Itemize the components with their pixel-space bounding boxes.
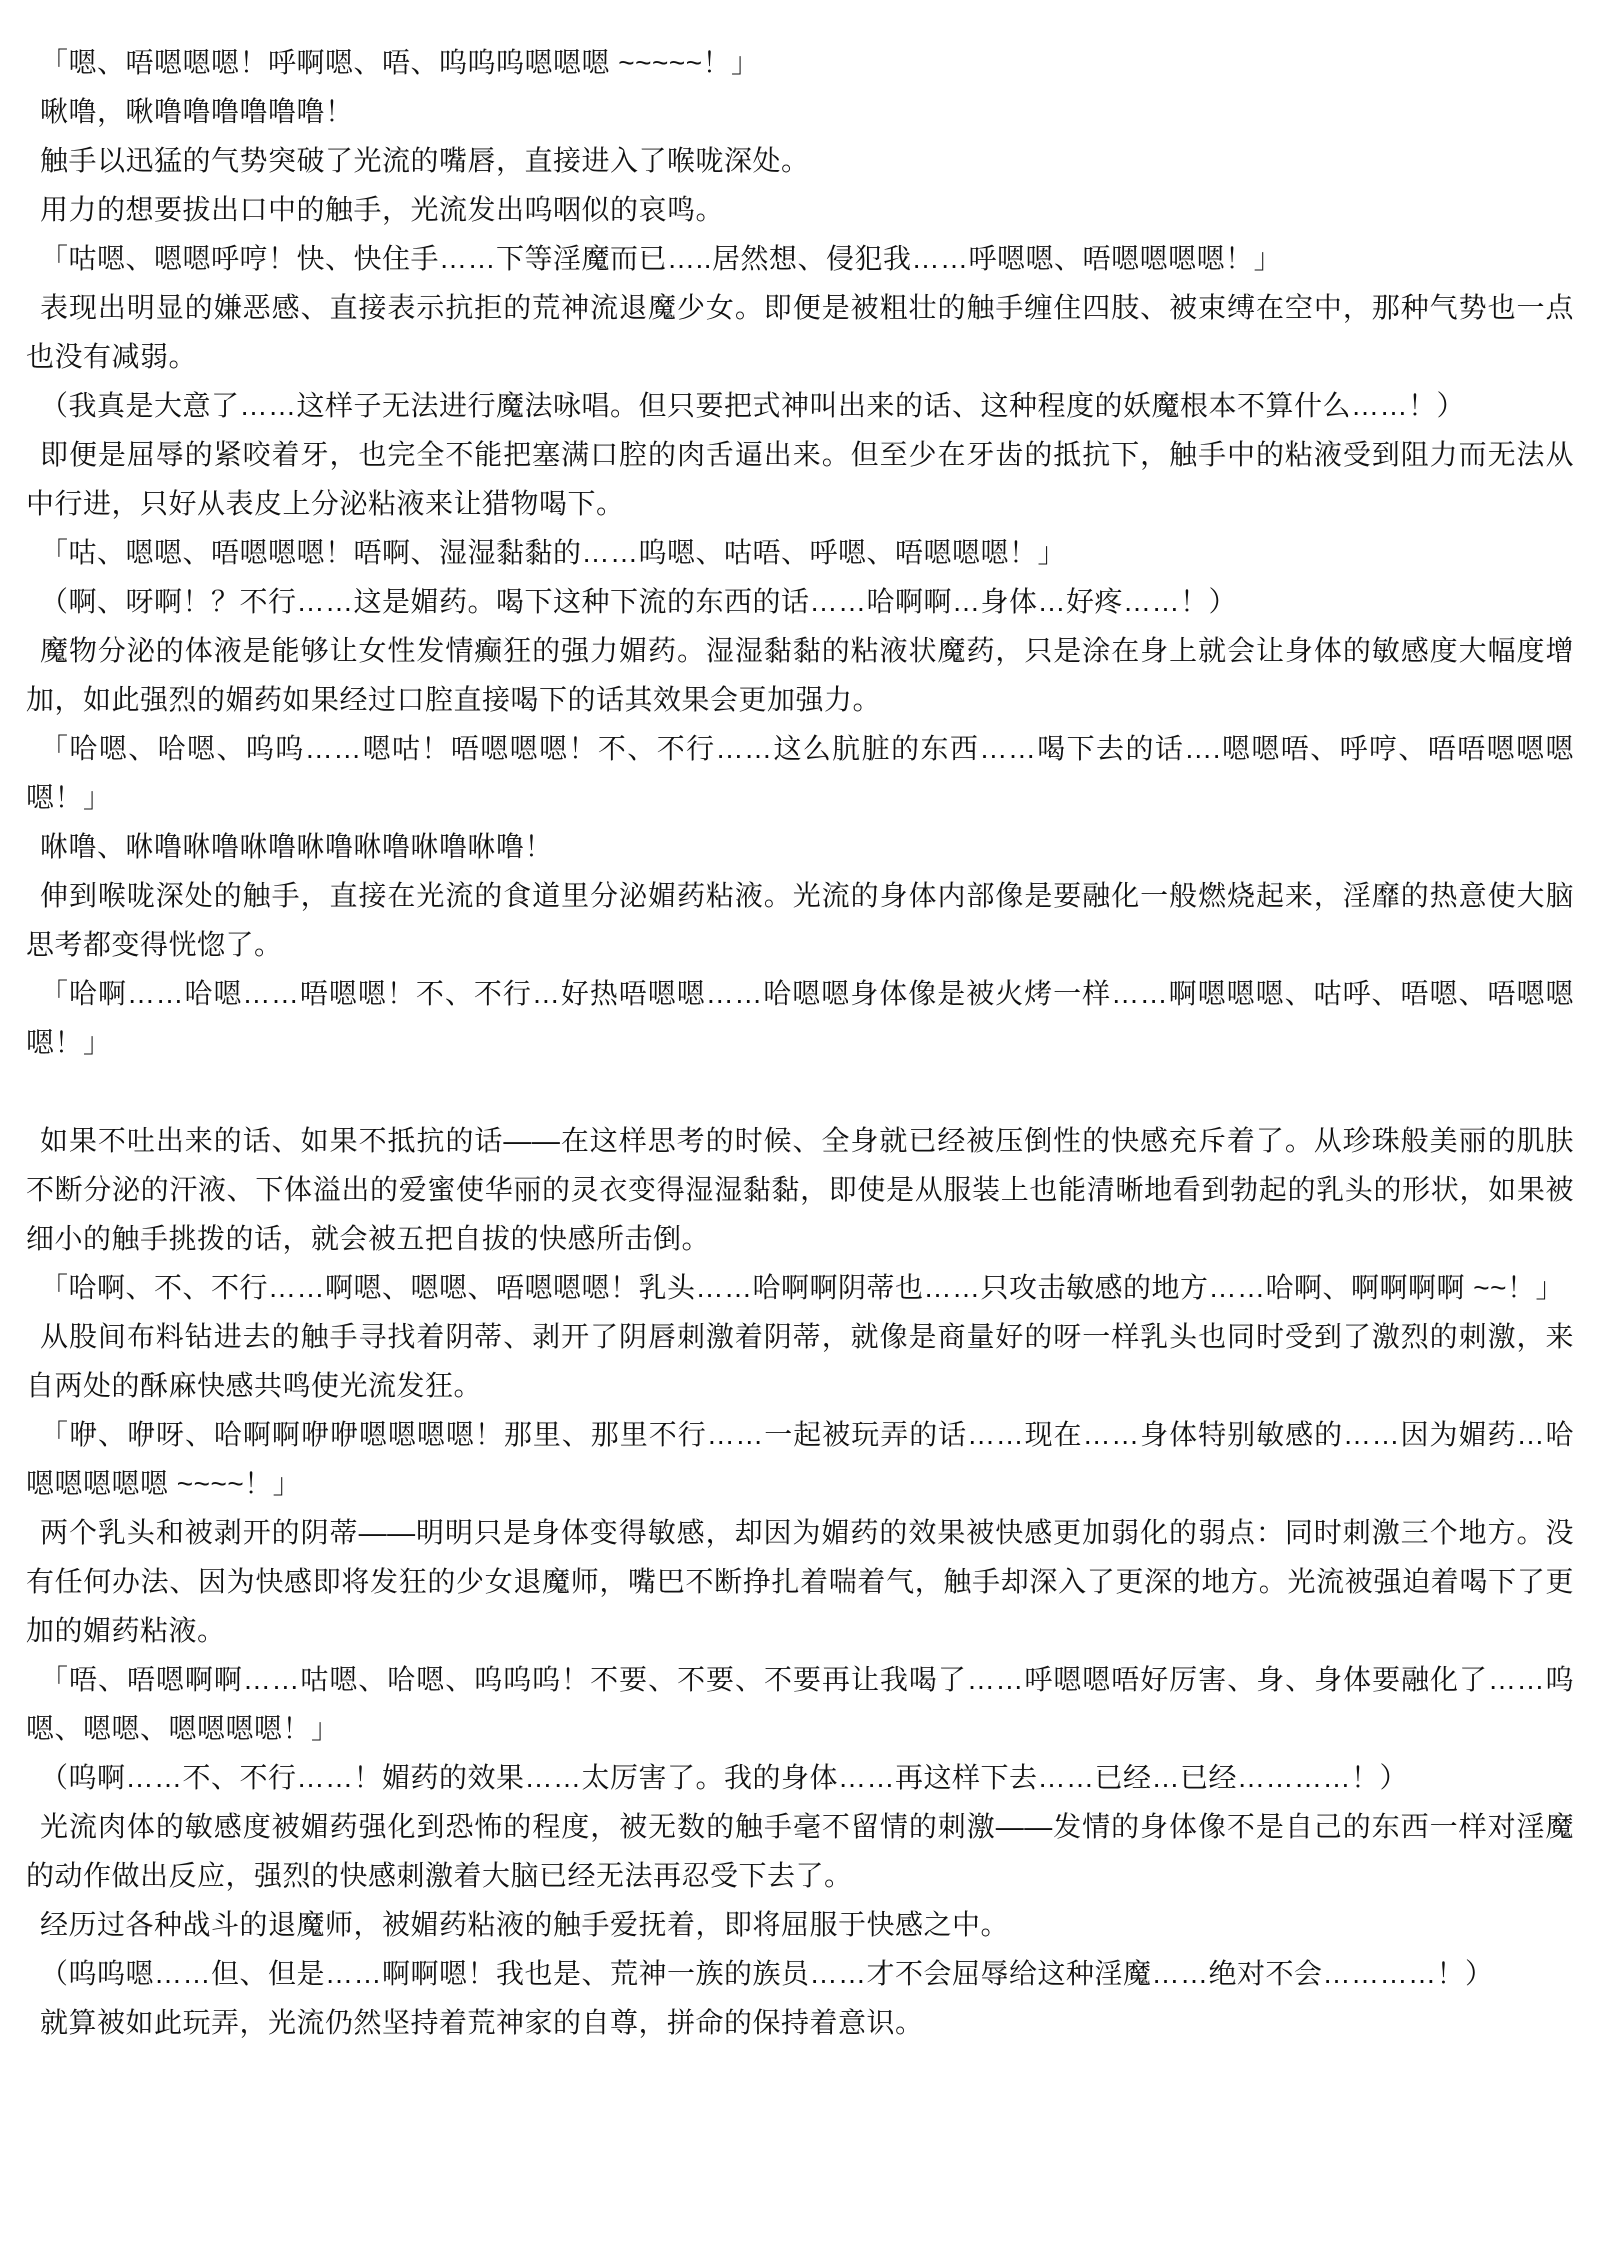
paragraph: 经历过各种战斗的退魔师，被媚药粘液的触手爱抚着，即将屈服于快感之中。 (26, 1900, 1574, 1949)
paragraph: （呜啊……不、不行……！媚药的效果……太厉害了。我的身体……再这样下去……已经…… (26, 1753, 1574, 1802)
paragraph: （啊、呀啊！？不行……这是媚药。喝下这种下流的东西的话……哈啊啊…身体…好疼……… (26, 577, 1574, 626)
paragraph: 啾噜，啾噜噜噜噜噜噜！ (26, 87, 1574, 136)
paragraph: 即便是屈辱的紧咬着牙，也完全不能把塞满口腔的肉舌逼出来。但至少在牙齿的抵抗下，触… (26, 430, 1574, 528)
paragraph: 从股间布料钻进去的触手寻找着阴蒂、剥开了阴唇刺激着阴蒂，就像是商量好的呀一样乳头… (26, 1312, 1574, 1410)
paragraph: 「咕嗯、嗯嗯呼哼！快、快住手……下等淫魔而已…..居然想、侵犯我……呼嗯嗯、唔嗯… (26, 234, 1574, 283)
paragraph: 「咿、咿呀、哈啊啊咿咿嗯嗯嗯嗯！那里、那里不行……一起被玩弄的话……现在……身体… (26, 1410, 1574, 1508)
paragraph: 「唔、唔嗯啊啊……咕嗯、哈嗯、呜呜呜！不要、不要、不要再让我喝了……呼嗯嗯唔好厉… (26, 1655, 1574, 1753)
paragraph: （我真是大意了……这样子无法进行魔法咏唱。但只要把式神叫出来的话、这种程度的妖魔… (26, 381, 1574, 430)
paragraph: 「咕、嗯嗯、唔嗯嗯嗯！唔啊、湿湿黏黏的……呜嗯、咕唔、呼嗯、唔嗯嗯嗯！」 (26, 528, 1574, 577)
paragraph: 「嗯、唔嗯嗯嗯！呼啊嗯、唔、呜呜呜嗯嗯嗯 ~~~~~！」 (26, 38, 1574, 87)
paragraph: 「哈嗯、哈嗯、呜呜……嗯咕！唔嗯嗯嗯！不、不行……这么肮脏的东西……喝下去的话…… (26, 724, 1574, 822)
paragraph: 触手以迅猛的气势突破了光流的嘴唇，直接进入了喉咙深处。 (26, 136, 1574, 185)
paragraph: 表现出明显的嫌恶感、直接表示抗拒的荒神流退魔少女。即便是被粗壮的触手缠住四肢、被… (26, 283, 1574, 381)
paragraph: 两个乳头和被剥开的阴蒂——明明只是身体变得敏感，却因为媚药的效果被快感更加弱化的… (26, 1508, 1574, 1655)
paragraph: 如果不吐出来的话、如果不抵抗的话——在这样思考的时候、全身就已经被压倒性的快感充… (26, 1116, 1574, 1263)
paragraph: （呜呜嗯……但、但是……啊啊嗯！我也是、荒神一族的族员……才不会屈辱给这种淫魔…… (26, 1949, 1574, 1998)
novel-text-page: 「嗯、唔嗯嗯嗯！呼啊嗯、唔、呜呜呜嗯嗯嗯 ~~~~~！」 啾噜，啾噜噜噜噜噜噜！… (0, 0, 1600, 2264)
paragraph: 伸到喉咙深处的触手，直接在光流的食道里分泌媚药粘液。光流的身体内部像是要融化一般… (26, 871, 1574, 969)
paragraph: 魔物分泌的体液是能够让女性发情癫狂的强力媚药。湿湿黏黏的粘液状魔药，只是涂在身上… (26, 626, 1574, 724)
paragraph: 咻噜、咻噜咻噜咻噜咻噜咻噜咻噜咻噜！ (26, 822, 1574, 871)
paragraph: 「哈啊……哈嗯……唔嗯嗯！不、不行…好热唔嗯嗯……哈嗯嗯身体像是被火烤一样……啊… (26, 969, 1574, 1067)
paragraph: 光流肉体的敏感度被媚药强化到恐怖的程度，被无数的触手毫不留情的刺激——发情的身体… (26, 1802, 1574, 1900)
paragraph: 「哈啊、不、不行……啊嗯、嗯嗯、唔嗯嗯嗯！乳头……哈啊啊阴蒂也……只攻击敏感的地… (26, 1263, 1574, 1312)
paragraph: 就算被如此玩弄，光流仍然坚持着荒神家的自尊，拼命的保持着意识。 (26, 1998, 1574, 2047)
paragraph: 用力的想要拔出口中的触手，光流发出呜咽似的哀鸣。 (26, 185, 1574, 234)
